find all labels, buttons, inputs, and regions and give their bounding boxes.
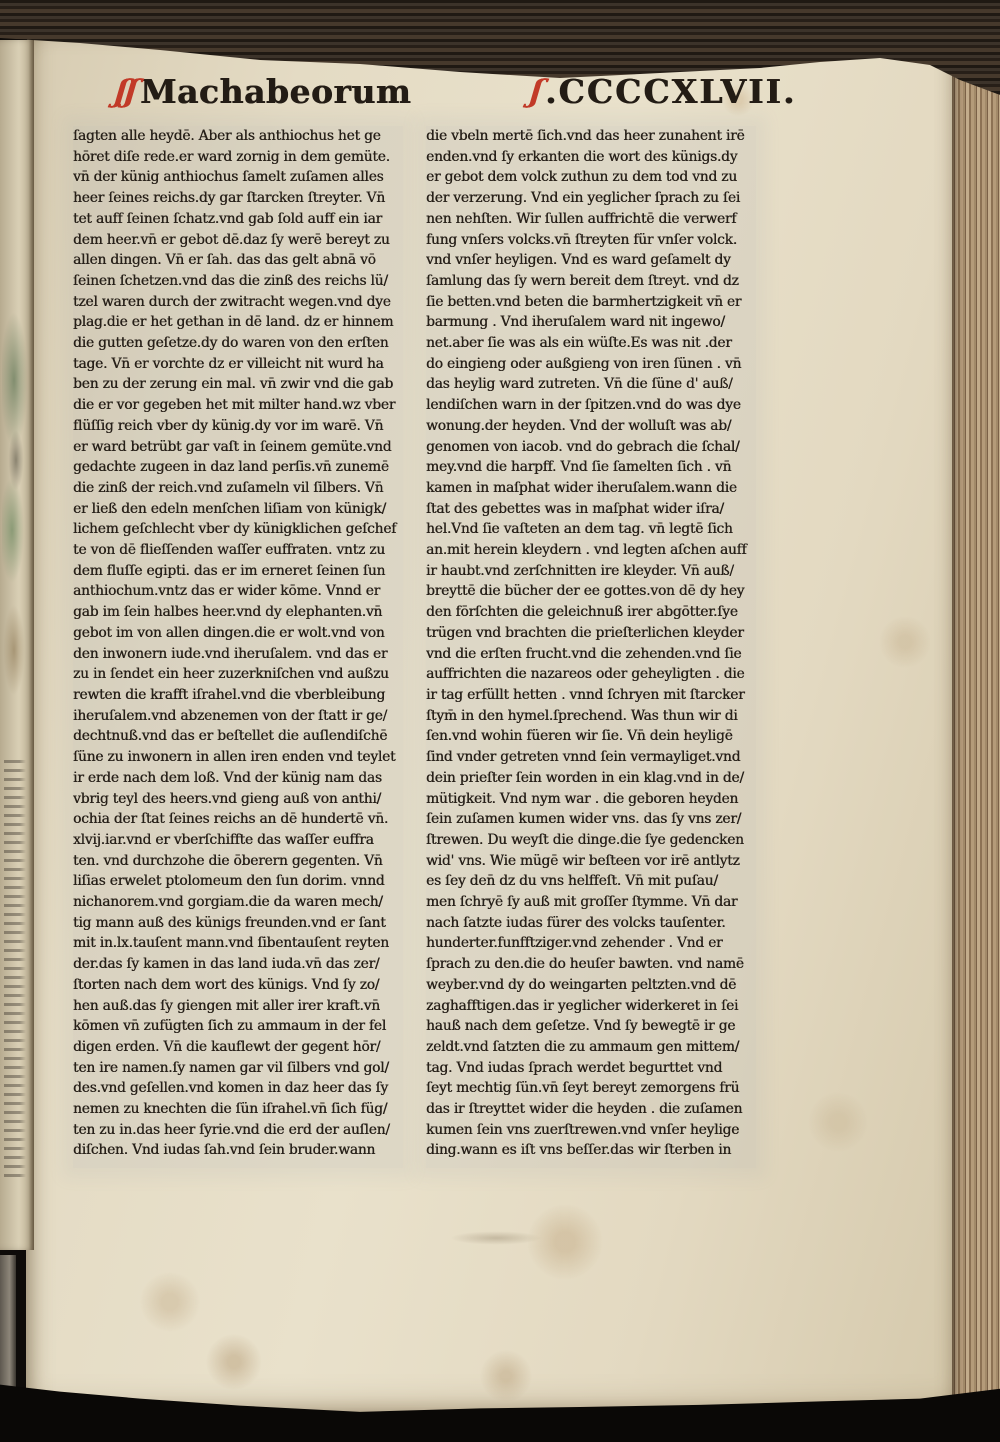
text-line: ſamlung das ſy wern bereit dem ſtreyt. v… (426, 271, 756, 292)
text-line: ſeinen ſchetzen.vnd das die zinß des rei… (73, 271, 403, 292)
text-line: ir erde nach dem loß. Vnd der künig nam … (73, 768, 403, 789)
text-line: xlvij.iar.vnd er vberſchiffte das waſſer… (73, 830, 403, 851)
previous-page-illustration (2, 290, 28, 750)
running-title: ʃʃMachabeorum (116, 72, 411, 111)
text-line: wonung.der heyden. Vnd der wolluſt was a… (426, 416, 756, 437)
text-line: ſie betten.vnd beten die barmhertzigkeit… (426, 292, 756, 313)
text-line: kumen ſein vns zuerſtrewen.vnd vnſer hey… (426, 1120, 756, 1141)
text-line: dem heer.vn̄ er gebot dē.daz ſy werē ber… (73, 230, 403, 251)
text-line: ten ire namen.ſy namen gar vil ſilbers v… (73, 1058, 403, 1079)
text-line: ir haubt.vnd zerſchnitten ire kleyder. V… (426, 561, 756, 582)
text-line: iheruſalem.vnd abzenemen von der ſtatt i… (73, 706, 403, 727)
page-header: ʃʃMachabeorum ʃ.CCCCXLVII. (26, 72, 956, 118)
text-line: digen erden. Vn̄ die kauflewt der gegent… (73, 1037, 403, 1058)
text-line: rewten die krafft iſrahel.vnd die vberbl… (73, 685, 403, 706)
text-line: ſtym̄ in den hymel.ſprechend. Was thun w… (426, 706, 756, 727)
text-line: barmung . Vnd iheruſalem ward nit ingewo… (426, 312, 756, 333)
text-line: ſprach zu den.die do heuſer bawten. vnd … (426, 954, 756, 975)
text-line: vn̄ der künig anthiochus ſamelt zuſamen … (73, 167, 403, 188)
text-line: trügen vnd brachten die prieſterlichen k… (426, 623, 756, 644)
text-line: dechtnuß.vnd das er beſtellet die auſlen… (73, 726, 403, 747)
text-line: ſind vnder getreten vnnd ſein vermaylige… (426, 747, 756, 768)
text-line: die er vor gegeben het mit milter hand.w… (73, 395, 403, 416)
text-line: enden.vnd ſy erkanten die wort des künig… (426, 147, 756, 168)
text-line: vbrig teyl des heers.vnd gieng auß von a… (73, 789, 403, 810)
text-line: ſtat des gebettes was in maſphat wider i… (426, 499, 756, 520)
text-line: weyber.vnd dy do weingarten peltzten.vnd… (426, 975, 756, 996)
text-line: ding.wann es iſt vns beſſer.das wir ſter… (426, 1140, 756, 1161)
text-line: zaghafftigen.das ir yeglicher widerkeret… (426, 996, 756, 1017)
text-line: ſeyt mechtig ſün.vn̄ ſeyt bereyt zemorge… (426, 1078, 756, 1099)
text-column-right: die vbeln mertē ſich.vnd das heer zunahe… (426, 126, 756, 1168)
text-line: tet auff ſeinen ſchatz.vnd gab ſold auff… (73, 209, 403, 230)
previous-page-text-fragment (4, 760, 26, 1180)
text-line: zu in ſendet ein heer zuzerkniſchen vnd … (73, 664, 403, 685)
text-line: hauß nach dem geſetze. Vnd ſy bewegtē ir… (426, 1016, 756, 1037)
page: ʃʃMachabeorum ʃ.CCCCXLVII. ſagten alle h… (26, 30, 956, 1412)
text-line: tage. Vn̄ er vorchte dz er villeicht nit… (73, 354, 403, 375)
text-line: tag. Vnd iudas ſprach werdet begurttet v… (426, 1058, 756, 1079)
text-line: hōret diſe rede.er ward zornig in dem ge… (73, 147, 403, 168)
text-line: der.das ſy kamen in das land iuda.vn̄ da… (73, 954, 403, 975)
text-line: auffrichten die nazareos oder geheyligte… (426, 664, 756, 685)
text-line: der verzerung. Vnd ein yeglicher ſprach … (426, 188, 756, 209)
text-line: plag.die er het gethan in dē land. dz er… (73, 312, 403, 333)
book-fore-edge (952, 22, 1000, 1430)
text-line: nen nehſten. Wir ſullen auffrichtē die v… (426, 209, 756, 230)
text-line: hen auß.das ſy giengen mit aller irer kr… (73, 996, 403, 1017)
text-line: liſias erwelet ptolomeum den ſun dorim. … (73, 871, 403, 892)
text-line: kamen in maſphat wider iheruſalem.wann d… (426, 478, 756, 499)
text-line: flüſſig reich vber dy künig.dy vor im wa… (73, 416, 403, 437)
text-line: heer ſeines reichs.dy gar ſtarcken ſtrey… (73, 188, 403, 209)
text-line: des.vnd geſellen.vnd komen in daz heer d… (73, 1078, 403, 1099)
text-line: das heylig ward zutreten. Vn̄ die ſüne d… (426, 374, 756, 395)
text-line: kōmen vn̄ zufügten ſich zu ammaum in der… (73, 1016, 403, 1037)
text-line: fung vnſers volcks.vn̄ ſtreyten für vnſe… (426, 230, 756, 251)
previous-page-sliver (0, 40, 34, 1250)
text-line: vnd vnſer heyligen. Vnd es ward geſamelt… (426, 250, 756, 271)
folio-block: ʃ.CCCCXLVII. (531, 72, 796, 111)
text-line: die vbeln mertē ſich.vnd das heer zunahe… (426, 126, 756, 147)
text-line: diſchen. Vnd iudas ſah.vnd ſein bruder.w… (73, 1140, 403, 1161)
text-line: hel.Vnd ſie vaſteten an dem tag. vn̄ leg… (426, 519, 756, 540)
text-line: mit in.lx.tauſent mann.vnd ſibentauſent … (73, 933, 403, 954)
folio-number: .CCCCXLVII. (545, 72, 796, 111)
text-line: das ir ſtreyttet wider die heyden . die … (426, 1099, 756, 1120)
text-line: ten zu in.das heer ſyrie.vnd die erd der… (73, 1120, 403, 1141)
text-line: net.aber ſie was als ein wüſte.Es was ni… (426, 333, 756, 354)
text-line: genomen von iacob. vnd do gebrach die ſc… (426, 437, 756, 458)
text-line: ſtorten nach dem wort des künigs. Vnd ſy… (73, 975, 403, 996)
text-line: ſein zuſamen kumen wider vns. das ſy vns… (426, 809, 756, 830)
text-line: mey.vnd die harpff. Vnd ſie ſamelten ſic… (426, 457, 756, 478)
text-line: er ließ den edeln menſchen liſiam von kü… (73, 499, 403, 520)
text-line: tig mann auß des künigs freunden.vnd er … (73, 913, 403, 934)
text-line: gebot im von allen dingen.die er wolt.vn… (73, 623, 403, 644)
text-line: ten. vnd durchzohe die ōberern gegenten.… (73, 851, 403, 872)
text-line: ben zu der zerung ein mal. vn̄ zwir vnd … (73, 374, 403, 395)
page-title: Machabeorum (140, 72, 411, 111)
text-line: do eingieng oder außgieng von iren ſünen… (426, 354, 756, 375)
text-line: wid' vns. Wie mügē wir beſteen vor irē a… (426, 851, 756, 872)
text-line: ſüne zu inwonern in allen iren enden vnd… (73, 747, 403, 768)
text-line: tzel waren durch der zwitracht wegen.vnd… (73, 292, 403, 313)
text-line: nach ſatzte iudas fürer des volcks tauſe… (426, 913, 756, 934)
text-line: dein prieſter ſein worden in ein klag.vn… (426, 768, 756, 789)
text-column-left: ſagten alle heydē. Aber als anthiochus h… (73, 126, 403, 1168)
text-line: an.mit herein kleydern . vnd legten aſch… (426, 540, 756, 561)
rubric-mark-icon: ʃʃ (112, 74, 141, 109)
text-line: nichanorem.vnd gorgiam.die da waren mech… (73, 892, 403, 913)
text-line: nemen zu knechten die ſün iſrahel.vn̄ ſi… (73, 1099, 403, 1120)
text-line: er ward betrübt gar vaſt in ſeinem gemüt… (73, 437, 403, 458)
text-line: allen dingen. Vn̄ er ſah. das das gelt a… (73, 250, 403, 271)
text-line: lendiſchen warn in der ſpitzen.vnd do wa… (426, 395, 756, 416)
text-line: breyttē die bücher der ee gottes.von dē … (426, 581, 756, 602)
text-line: vnd die erſten frucht.vnd die zehenden.v… (426, 644, 756, 665)
rubric-mark-icon: ʃ (527, 74, 546, 109)
text-line: dem fluſſe egipti. das er im erneret ſei… (73, 561, 403, 582)
text-line: den fōrſchten die geleichnuß irer abgōtt… (426, 602, 756, 623)
book-photo: ʃʃMachabeorum ʃ.CCCCXLVII. ſagten alle h… (0, 0, 1000, 1442)
text-line: die gutten geſetze.dy do waren von den e… (73, 333, 403, 354)
text-line: ochia der ſtat ſeines reichs an dē hunde… (73, 809, 403, 830)
text-line: den inwonern iude.vnd iheruſalem. vnd da… (73, 644, 403, 665)
text-line: ſtrewen. Du weyſt die dinge.die ſye gede… (426, 830, 756, 851)
text-line: mütigkeit. Vnd nym war . die geboren hey… (426, 789, 756, 810)
text-line: ſagten alle heydē. Aber als anthiochus h… (73, 126, 403, 147)
text-line: te von dē flieſſenden waſſer euffraten. … (73, 540, 403, 561)
text-line: anthiochum.vntz das er wider kōme. Vnnd … (73, 581, 403, 602)
text-line: es ſey den̄ dz du vns helffeſt. Vn̄ mit … (426, 871, 756, 892)
text-line: gedachte zugeen in daz land perſis.vn̄ z… (73, 457, 403, 478)
text-line: men ſchryē ſy auß mit groſſer ſtymme. Vn… (426, 892, 756, 913)
text-line: lichem geſchlecht vber dy künigklichen g… (73, 519, 403, 540)
text-line: er gebot dem volck zuthun zu dem tod vnd… (426, 167, 756, 188)
text-line: ſen.vnd wohin füeren wir ſie. Vn̄ dein h… (426, 726, 756, 747)
text-line: zeldt.vnd ſatzten die zu ammaum gen mitt… (426, 1037, 756, 1058)
text-line: gab im ſein halbes heer.vnd dy elephante… (73, 602, 403, 623)
text-line: hunderter.funfftziger.vnd zehender . Vnd… (426, 933, 756, 954)
text-line: ir tag erfüllt hetten . vnnd ſchryen mit… (426, 685, 756, 706)
text-line: die zinß der reich.vnd zuſameln vil ſilb… (73, 478, 403, 499)
